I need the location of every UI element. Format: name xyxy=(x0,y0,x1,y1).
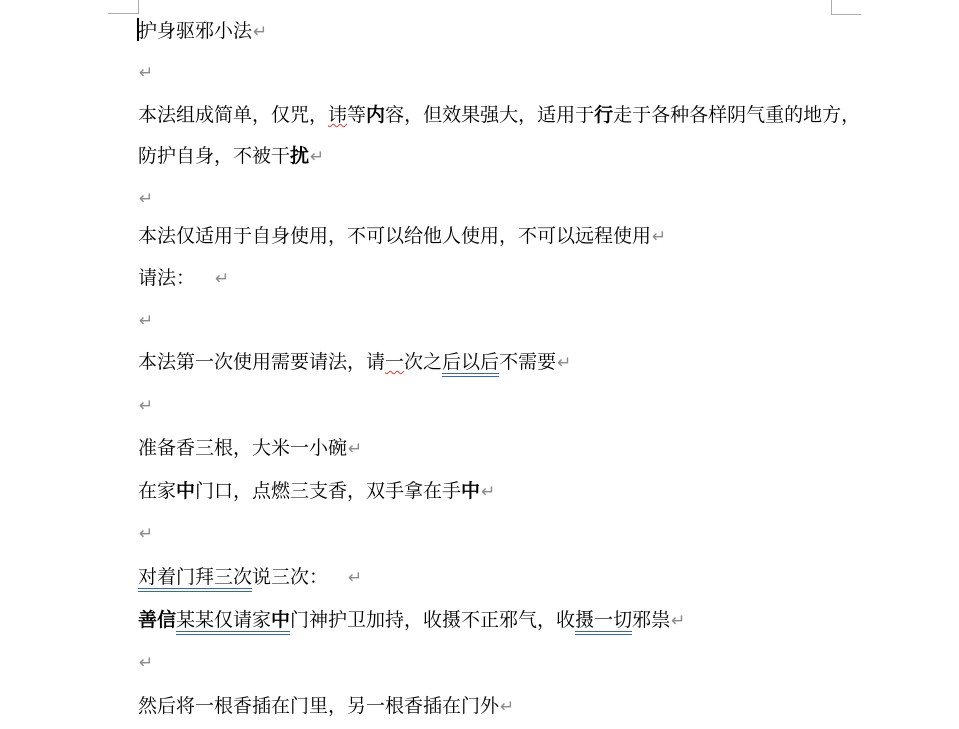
text-segment-grammarcheck-bold: 中 xyxy=(271,610,290,635)
pilcrow-mark: ↵ xyxy=(139,653,153,673)
document-title-line[interactable]: 护身驱邪小法↵ xyxy=(138,21,267,42)
crop-mark-top-left-vertical xyxy=(138,0,139,13)
text-segment-bold: 行 xyxy=(594,104,613,126)
text-segment-bold: 善信 xyxy=(138,609,176,631)
pilcrow-mark: ↵ xyxy=(310,147,324,167)
text-line[interactable]: 对着门拜三次说三次：↵ xyxy=(138,567,362,588)
empty-paragraph[interactable]: ↵ xyxy=(138,62,153,83)
text-segment-bold: 中 xyxy=(461,480,480,502)
pilcrow-mark: ↵ xyxy=(481,482,495,502)
text-segment: 不需要 xyxy=(499,351,556,373)
crop-mark-top-left-horizontal xyxy=(108,13,139,14)
text-line[interactable]: 本法仅适用于自身使用，不可以给他人使用，不可以远程使用↵ xyxy=(138,226,666,247)
text-segment: 容，但效果强大，适用于 xyxy=(385,104,594,126)
text-line[interactable]: 准备香三根，大米一小碗↵ xyxy=(138,438,362,459)
text-line[interactable]: 防护自身，不被干扰↵ xyxy=(138,146,324,167)
empty-paragraph[interactable]: ↵ xyxy=(138,523,153,544)
text-segment-bold: 中 xyxy=(176,480,195,502)
text-segment: 本法第一次使用需要请法，请 xyxy=(138,351,385,373)
pilcrow-mark: ↵ xyxy=(139,396,153,416)
document-page[interactable]: 护身驱邪小法↵ ↵ 本法组成简单，仅咒，讳等内容，但效果强大，适用于行走于各种各… xyxy=(0,0,959,729)
text-segment: 等 xyxy=(347,104,366,126)
text-line[interactable]: 本法组成简单，仅咒，讳等内容，但效果强大，适用于行走于各种各样阴气重的地方， xyxy=(138,105,860,126)
text-segment-grammarcheck: 摄一切 xyxy=(575,610,632,635)
text-segment-grammarcheck: 对着门拜三次 xyxy=(138,567,252,592)
pilcrow-mark: ↵ xyxy=(500,697,514,717)
title-text: 护身驱邪小法 xyxy=(138,20,252,42)
text-segment-spellcheck: 一 xyxy=(385,351,404,373)
text-segment: 门神护卫加持，收摄不正邪气，收 xyxy=(290,609,575,631)
text-segment: 门口，点燃三支香，双手拿在手 xyxy=(195,480,461,502)
pilcrow-mark: ↵ xyxy=(139,524,153,544)
pilcrow-mark: ↵ xyxy=(348,439,362,459)
text-segment-bold: 内 xyxy=(366,104,385,126)
text-segment: 请法： xyxy=(138,267,195,289)
crop-mark-top-right-vertical xyxy=(831,0,832,14)
text-segment: 在家 xyxy=(138,480,176,502)
empty-paragraph[interactable]: ↵ xyxy=(138,395,153,416)
text-segment: 准备香三根，大米一小碗 xyxy=(138,437,347,459)
pilcrow-mark: ↵ xyxy=(139,311,153,331)
text-segment: 然后将一根香插在门里，另一根香插在门外 xyxy=(138,695,499,717)
pilcrow-mark: ↵ xyxy=(253,22,267,42)
text-segment: 邪祟 xyxy=(632,609,670,631)
pilcrow-mark: ↵ xyxy=(215,269,229,289)
text-segment-spellcheck: 讳 xyxy=(328,104,347,126)
pilcrow-mark: ↵ xyxy=(671,611,685,631)
text-segment-grammarcheck: 后以后 xyxy=(442,352,499,377)
text-line[interactable]: 本法第一次使用需要请法，请一次之后以后不需要↵ xyxy=(138,352,571,373)
text-segment-grammarcheck: 某某仅请家 xyxy=(176,610,271,635)
empty-paragraph[interactable]: ↵ xyxy=(138,310,153,331)
text-segment: 次之 xyxy=(404,351,442,373)
pilcrow-mark: ↵ xyxy=(139,189,153,209)
text-segment: 本法仅适用于自身使用，不可以给他人使用，不可以远程使用 xyxy=(138,225,651,247)
pilcrow-mark: ↵ xyxy=(139,63,153,83)
pilcrow-mark: ↵ xyxy=(348,568,362,588)
text-line[interactable]: 然后将一根香插在门里，另一根香插在门外↵ xyxy=(138,696,514,717)
empty-paragraph[interactable]: ↵ xyxy=(138,652,153,673)
text-line[interactable]: 善信某某仅请家中门神护卫加持，收摄不正邪气，收摄一切邪祟↵ xyxy=(138,610,685,631)
text-segment-bold: 扰 xyxy=(290,145,309,167)
text-segment: 走于各种各样阴气重的地方， xyxy=(613,104,860,126)
text-segment: 本法组成简单，仅咒， xyxy=(138,104,328,126)
text-segment: 说三次： xyxy=(252,566,328,588)
crop-mark-top-right-horizontal xyxy=(831,14,861,15)
empty-paragraph[interactable]: ↵ xyxy=(138,188,153,209)
pilcrow-mark: ↵ xyxy=(557,353,571,373)
pilcrow-mark: ↵ xyxy=(652,227,666,247)
text-segment: 防护自身，不被干 xyxy=(138,145,290,167)
text-line[interactable]: 在家中门口，点燃三支香，双手拿在手中↵ xyxy=(138,481,495,502)
text-line[interactable]: 请法：↵ xyxy=(138,268,229,289)
